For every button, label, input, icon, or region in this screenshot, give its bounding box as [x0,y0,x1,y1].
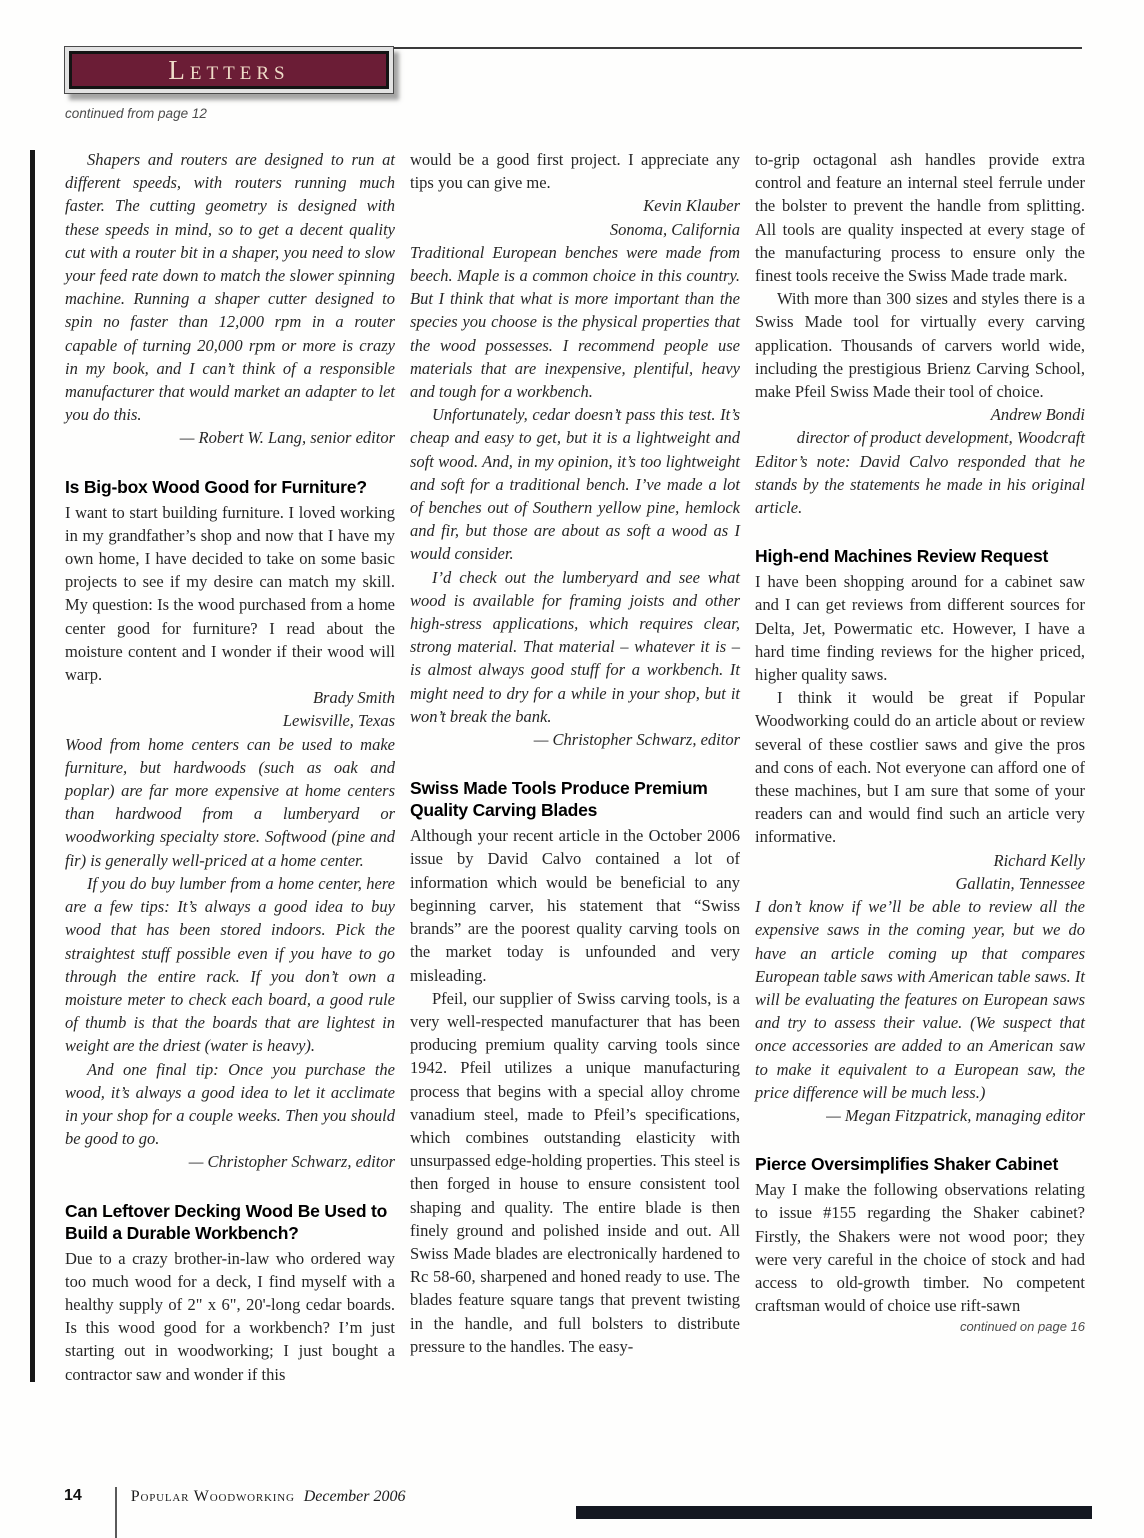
editor-signature: — Christopher Schwarz, editor [410,728,740,751]
letter-paragraph: to-grip octagonal ash handles provide ex… [755,148,1085,287]
editor-reply-paragraph: Traditional European benches were made f… [410,241,740,403]
editor-reply-paragraph: And one final tip: Once you purchase the… [65,1058,395,1151]
letter-paragraph: May I make the following observations re… [755,1178,1085,1317]
section-title: Letters [168,55,289,86]
magazine-page: Letters continued from page 12 Shapers a… [0,0,1144,1538]
editor-signature: — Christopher Schwarz, editor [65,1150,395,1173]
editors-note: Editor’s note: David Calvo responded tha… [755,450,1085,520]
editor-reply-paragraph: I don’t know if we’ll be able to review … [755,895,1085,1104]
letters-columns: Shapers and routers are designed to run … [65,148,1085,1386]
letter-paragraph: Pfeil, our supplier of Swiss carving too… [410,987,740,1358]
letter-paragraph: Due to a crazy brother-in-law who ordere… [65,1247,395,1386]
header-rule [394,47,1082,49]
continued-on-note: continued on page 16 [755,1319,1085,1334]
footer-divider [115,1487,117,1538]
magazine-name: Popular Woodworking [131,1487,295,1506]
page-footer: 14 Popular Woodworking December 2006 [64,1487,405,1538]
letter-paragraph: I want to start building furniture. I lo… [65,501,395,687]
editor-reply-paragraph: Wood from home centers can be used to ma… [65,733,395,872]
letter-signature-place: Sonoma, California [410,218,740,241]
letter-signature-place: Lewisville, Texas [65,709,395,732]
editor-reply-paragraph: Shapers and routers are designed to run … [65,148,395,426]
letter-signature-name: Richard Kelly [755,849,1085,872]
editor-signature: — Megan Fitzpatrick, managing editor [755,1104,1085,1127]
letter-heading: Can Leftover Decking Wood Be Used to Bui… [65,1200,395,1244]
letter-heading: Pierce Oversimplifies Shaker Cabinet [755,1153,1085,1175]
editor-reply-paragraph: I’d check out the lumberyard and see wha… [410,566,740,728]
page-edge-bottom-mark [576,1506,1092,1519]
column-1: Shapers and routers are designed to run … [65,148,395,1386]
continued-from-note: continued from page 12 [65,106,207,121]
letter-paragraph: Although your recent article in the Octo… [410,824,740,986]
letter-heading: High-end Machines Review Request [755,545,1085,567]
editor-reply-paragraph: Unfortunately, cedar doesn’t pass this t… [410,403,740,565]
letters-banner: Letters [64,46,394,94]
editor-reply-paragraph: If you do buy lumber from a home center,… [65,872,395,1058]
letter-paragraph: would be a good first project. I appreci… [410,148,740,194]
letter-heading: Swiss Made Tools Produce Premium Quality… [410,777,740,821]
letter-signature-role: director of product development, Woodcra… [755,426,1085,449]
letter-paragraph: I have been shopping around for a cabine… [755,570,1085,686]
page-number: 14 [64,1487,82,1505]
page-edge-left-mark [30,150,35,1382]
letter-signature-place: Gallatin, Tennessee [755,872,1085,895]
issue-date: December 2006 [304,1487,406,1506]
letter-signature-name: Kevin Klauber [410,194,740,217]
editor-signature: — Robert W. Lang, senior editor [65,426,395,449]
letter-signature-name: Brady Smith [65,686,395,709]
letter-paragraph: I think it would be great if Popular Woo… [755,686,1085,848]
letter-heading: Is Big-box Wood Good for Furniture? [65,476,395,498]
letter-paragraph: With more than 300 sizes and styles ther… [755,287,1085,403]
column-3: to-grip octagonal ash handles provide ex… [755,148,1085,1386]
letter-signature-name: Andrew Bondi [755,403,1085,426]
column-2: would be a good first project. I appreci… [410,148,740,1386]
